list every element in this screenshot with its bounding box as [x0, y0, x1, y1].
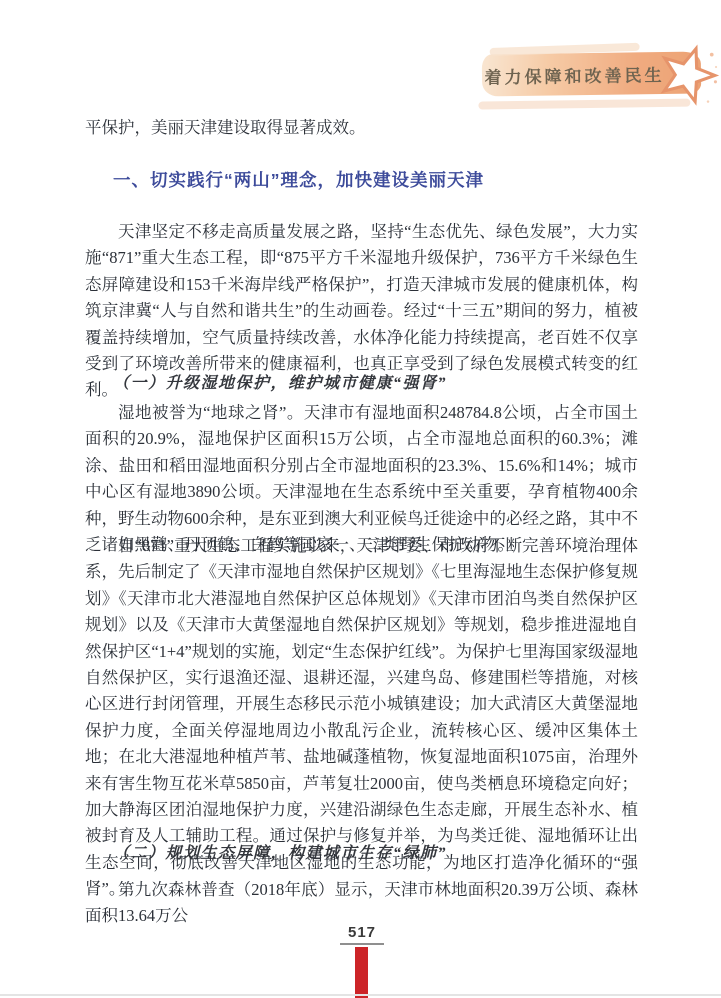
document-page: 着力保障和改善民生 平保护，美丽天津建设取得显著成效。 一、切实践行“两山”理念…	[0, 0, 721, 998]
page-bottom-edge	[0, 994, 721, 996]
subsection-heading-1: （一）升级湿地保护，维护城市健康“强肾”	[113, 370, 447, 393]
page-number: 517	[340, 924, 384, 945]
footer-red-bar	[355, 947, 368, 998]
star-icon	[650, 41, 721, 109]
chapter-title: 着力保障和改善民生	[484, 60, 664, 88]
subsection-heading-2: （二）规划生态屏障，构建城市生存“绿肺”	[113, 840, 447, 863]
paragraph-4: 第九次森林普查（2018年底）显示，天津市林地面积20.39万公顷、森林面积13…	[85, 877, 638, 930]
paragraph-continuation: 平保护，美丽天津建设取得显著成效。	[85, 115, 638, 141]
section-heading: 一、切实践行“两山”理念，加快建设美丽天津	[113, 167, 484, 192]
